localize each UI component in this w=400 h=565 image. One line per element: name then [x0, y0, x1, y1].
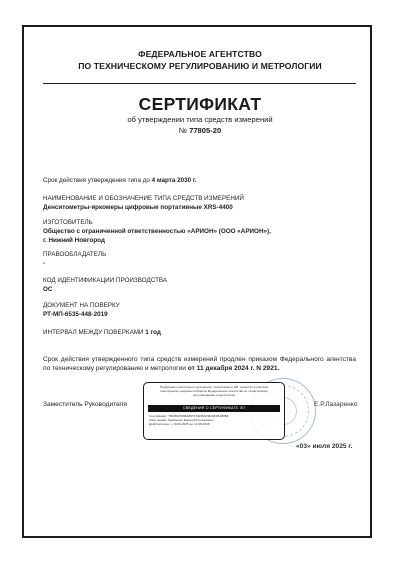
validity-line: Срок действия утверждения типа до 4 март… — [43, 176, 197, 185]
field-value: Денситометры-яркомеры цифровые портативн… — [43, 203, 244, 212]
esig-note: Подлинник электронного документа, подпис… — [150, 386, 278, 397]
certificate-title: СЕРТИФИКАТ — [0, 94, 400, 115]
interval-label: ИНТЕРВАЛ МЕЖДУ ПОВЕРКАМИ — [43, 329, 144, 336]
header-divider — [43, 83, 356, 84]
field-label: ДОКУМЕНТ НА ПОВЕРКУ — [43, 301, 120, 310]
field-value-city: г. Нижний Новгород — [43, 236, 271, 245]
electronic-signature-box: Подлинник электронного документа, подпис… — [143, 382, 285, 440]
field-value: РТ-МП-6535-448-2019 — [43, 310, 120, 319]
field-verification-doc: ДОКУМЕНТ НА ПОВЕРКУ РТ-МП-6535-448-2019 — [43, 301, 120, 319]
agency-header: ФЕДЕРАЛЬНОЕ АГЕНТСТВО ПО ТЕХНИЧЕСКОМУ РЕ… — [0, 48, 400, 72]
field-verification-interval: ИНТЕРВАЛ МЕЖДУ ПОВЕРКАМИ 1 год — [43, 328, 161, 337]
validity-value: 4 марта 2030 г. — [152, 177, 197, 184]
certificate-number: № 77805-20 — [0, 126, 400, 135]
number-prefix: № — [179, 126, 187, 135]
extension-paragraph: Срок действия утвержденного типа средств… — [43, 355, 356, 373]
field-label: ИЗГОТОВИТЕЛЬ — [43, 218, 271, 227]
field-production-code: КОД ИДЕНТИФИКАЦИИ ПРОИЗВОДСТВА ОС — [43, 276, 167, 294]
agency-line-1: ФЕДЕРАЛЬНОЕ АГЕНТСТВО — [0, 48, 400, 60]
signatory-name: Е.Р.Лазаренко — [314, 401, 357, 408]
interval-value: 1 год — [145, 329, 161, 336]
signatory-position: Заместитель Руководителя — [43, 401, 127, 408]
field-value: - — [43, 259, 106, 268]
field-type-name: НАИМЕНОВАНИЕ И ОБОЗНАЧЕНИЕ ТИПА СРЕДСТВ … — [43, 194, 244, 212]
esig-header: СВЕДЕНИЯ О СЕРТИФИКАТЕ ЭП — [148, 405, 280, 412]
esig-valid: Действителен: с 19.09.2025 до 12.08.2026 — [149, 422, 280, 426]
agency-line-2: ПО ТЕХНИЧЕСКОМУ РЕГУЛИРОВАНИЮ И МЕТРОЛОГ… — [0, 60, 400, 72]
certificate-subtitle: об утверждении типа средств измерений — [0, 115, 400, 126]
field-value: Общество с ограниченной ответственностью… — [43, 227, 271, 236]
extension-order: от 11 декабря 2024 г. N 2921. — [188, 365, 280, 372]
field-label: НАИМЕНОВАНИЕ И ОБОЗНАЧЕНИЕ ТИПА СРЕДСТВ … — [43, 194, 244, 203]
field-manufacturer: ИЗГОТОВИТЕЛЬ Общество с ограниченной отв… — [43, 218, 271, 245]
field-label: КОД ИДЕНТИФИКАЦИИ ПРОИЗВОДСТВА — [43, 276, 167, 285]
esig-details: Сертификат: 7B1B01563BA89TF7EFBAF9DAB1B1… — [149, 414, 280, 427]
signature-date: «03» июля 2025 г. — [296, 443, 352, 450]
number-value: 77805-20 — [189, 126, 221, 135]
field-rights-holder: ПРАВООБЛАДАТЕЛЬ - — [43, 250, 106, 268]
validity-label: Срок действия утверждения типа до — [43, 177, 150, 184]
field-label: ПРАВООБЛАДАТЕЛЬ — [43, 250, 106, 259]
field-value: ОС — [43, 285, 167, 294]
